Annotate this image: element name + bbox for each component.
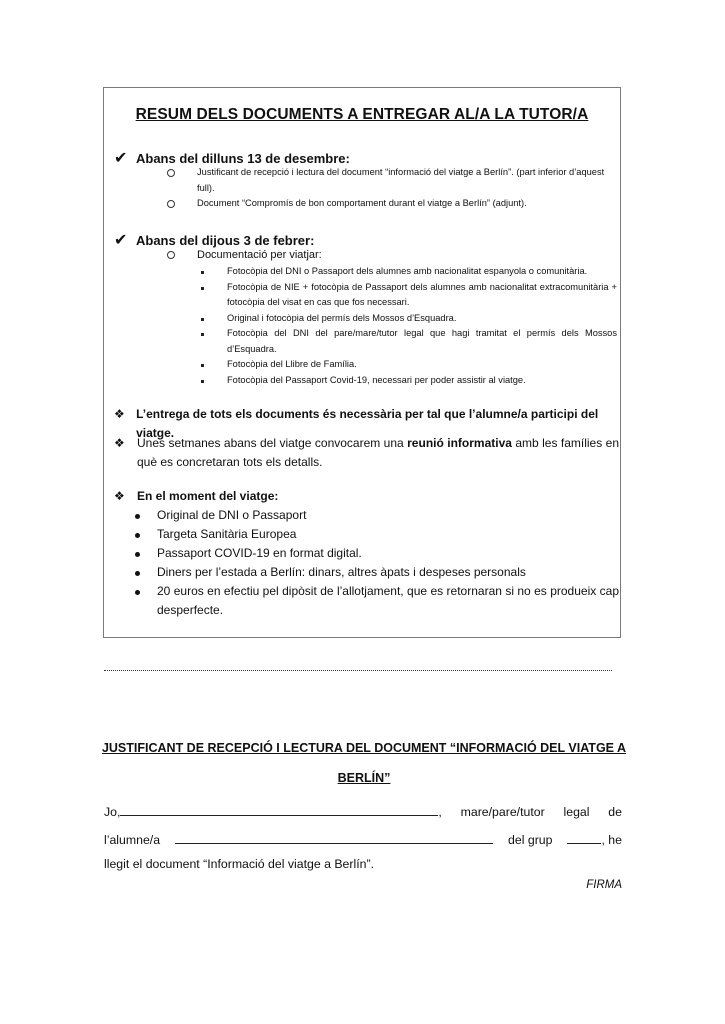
list-item: Original i fotocòpia del permís dels Mos… (201, 311, 617, 327)
list-item: Targeta Sanitària Europea (135, 525, 619, 544)
diamond-bullet-icon: ❖ (114, 434, 137, 472)
round-bullet-icon (135, 590, 140, 595)
square-bullet-icon (201, 271, 204, 274)
square-bullet-icon (201, 318, 204, 321)
signature-label: FIRMA (586, 879, 622, 891)
checkmark-icon: ✔ (114, 230, 136, 250)
list-item: Fotocòpia de NIE + fotocòpia de Passapor… (201, 280, 617, 311)
square-bullet-icon (201, 287, 204, 290)
list-item: Justificant de recepció i lectura del do… (167, 165, 617, 196)
round-bullet-icon (135, 514, 140, 519)
section-heading: Abans del dijous 3 de febrer: (136, 233, 314, 248)
square-bullet-icon (201, 380, 204, 383)
note-meeting: ❖ Unes setmanes abans del viatge convoca… (114, 434, 619, 472)
form-line-3: llegit el document “Informació del viatg… (104, 857, 622, 871)
round-bullet-icon (135, 571, 140, 576)
summary-box: RESUM DELS DOCUMENTS A ENTREGAR AL/A LA … (103, 87, 621, 638)
square-bullet-icon (201, 333, 204, 336)
section-trip-moment: ❖ En el moment del viatge: (114, 487, 619, 506)
circle-bullet-icon (167, 251, 175, 259)
list-item: Diners per l’estada a Berlín: dinars, al… (135, 563, 619, 582)
summary-title: RESUM DELS DOCUMENTS A ENTREGAR AL/A LA … (104, 106, 620, 124)
checkmark-icon: ✔ (114, 148, 136, 168)
circle-bullet-icon (167, 169, 175, 177)
form-line-1: Jo,, mare/pare/tutor legal de (104, 803, 622, 819)
student-name-field[interactable] (175, 831, 493, 844)
square-bullet-icon (201, 364, 204, 367)
list-item: Fotocòpia del Passaport Covid-19, necess… (201, 373, 617, 389)
list-item: 20 euros en efectiu pel dipòsit de l’all… (135, 582, 619, 620)
diamond-bullet-icon: ❖ (114, 487, 137, 506)
group-field[interactable] (567, 831, 601, 844)
meeting-emphasis: reunió informativa (407, 436, 512, 450)
list-item: Fotocòpia del DNI o Passaport dels alumn… (201, 264, 617, 280)
list-item: Documentació per viatjar: (167, 247, 617, 264)
circle-bullet-icon (167, 200, 175, 208)
list-item: Fotocòpia del Llibre de Família. (201, 357, 617, 373)
form-line-2: l’alumne/a del grup , he (104, 831, 622, 847)
cut-line-separator (104, 670, 612, 671)
parent-name-field[interactable] (120, 803, 438, 816)
list-item: Original de DNI o Passaport (135, 506, 619, 525)
round-bullet-icon (135, 533, 140, 538)
round-bullet-icon (135, 552, 140, 557)
list-item: Passaport COVID-19 en format digital. (135, 544, 619, 563)
list-item: Document “Compromís de bon comportament … (167, 196, 617, 214)
list-item: Fotocòpia del DNI del pare/mare/tutor le… (201, 326, 617, 357)
section-heading: Abans del dilluns 13 de desembre: (136, 151, 350, 166)
receipt-title: JUSTIFICANT DE RECEPCIÓ I LECTURA DEL DO… (100, 733, 628, 793)
